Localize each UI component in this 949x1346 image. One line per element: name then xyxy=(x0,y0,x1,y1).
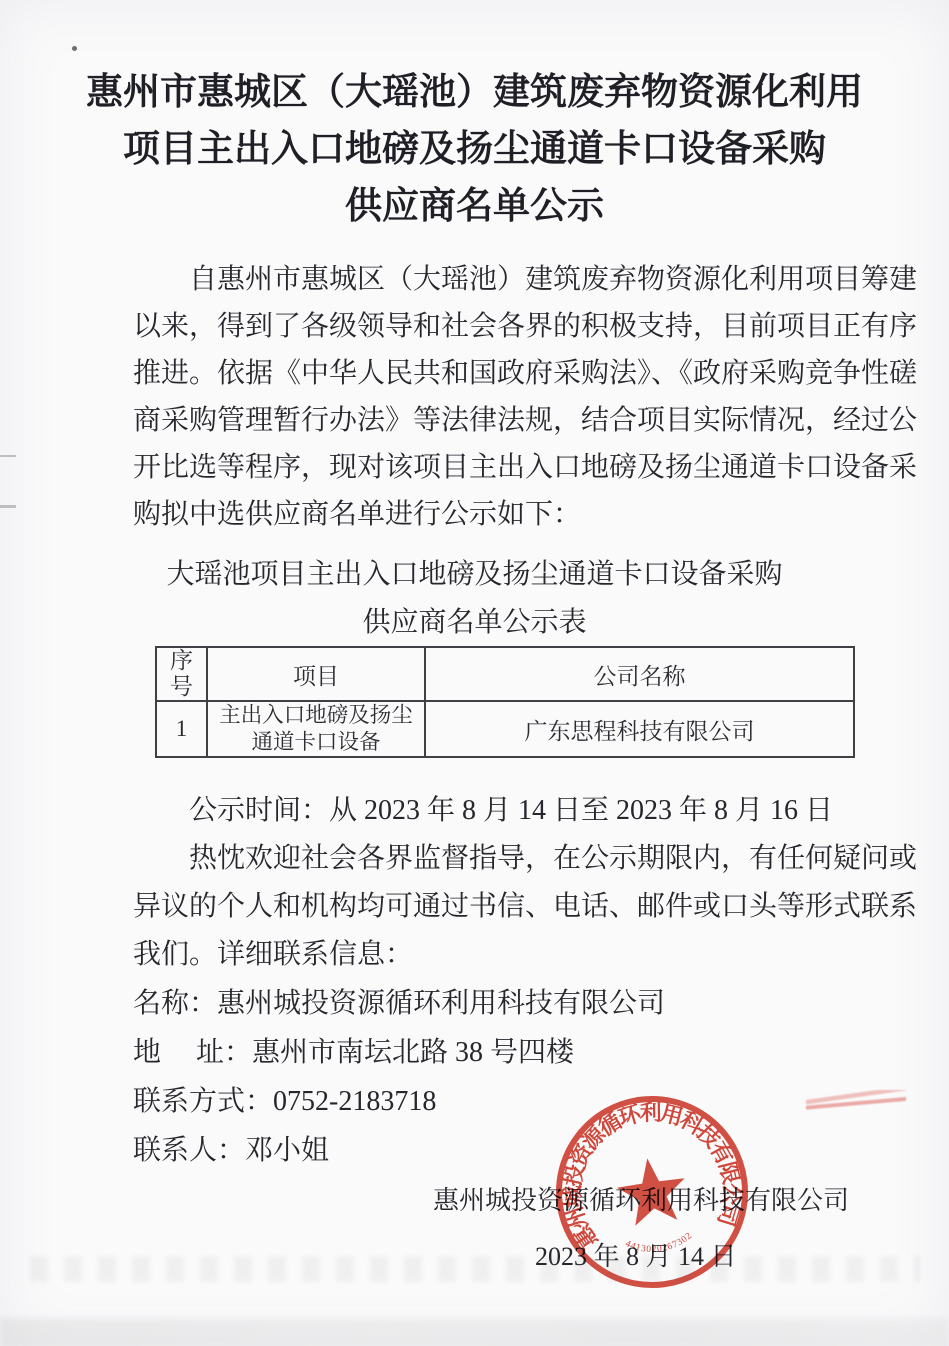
table-caption-line-2: 供应商名单公示表 xyxy=(0,599,949,647)
paragraph-line: 推进。依据《中华人民共和国政府采购法》、《政府采购竞争性磋 xyxy=(133,350,895,397)
paragraph-line: 以来，得到了各级领导和社会各界的积极支持，目前项目正有序 xyxy=(133,303,895,350)
publicity-period-line: 公示时间：从 2023 年 8 月 14 日至 2023 年 8 月 16 日 xyxy=(133,787,899,835)
title-line-1: 惠州市惠城区（大瑶池）建筑废弃物资源化利用 xyxy=(0,64,949,121)
scan-bottom-band xyxy=(0,1318,949,1346)
contact-info: 名称：惠州城投资源循环利用科技有限公司 地 址：惠州市南坛北路 38 号四楼 联… xyxy=(133,979,899,1175)
document-page: 惠州市惠城区（大瑶池）建筑废弃物资源化利用 项目主出入口地磅及扬尘通道卡口设备采… xyxy=(0,0,949,1346)
bleedthrough-ghost-text xyxy=(30,1256,920,1282)
cell-item: 主出入口地磅及扬尘通道卡口设备 xyxy=(207,701,425,757)
paragraph-line: 异议的个人和机构均可通过书信、电话、邮件或口头等形式联系 xyxy=(133,883,899,931)
table-caption: 大瑶池项目主出入口地磅及扬尘通道卡口设备采购 供应商名单公示表 xyxy=(0,551,949,647)
paragraph-line: 商采购管理暂行办法》等法律法规，结合项目实际情况，经过公 xyxy=(133,397,895,444)
cell-seq: 1 xyxy=(156,701,207,757)
title-line-3: 供应商名单公示 xyxy=(0,178,949,235)
cell-company: 广东思程科技有限公司 xyxy=(425,701,854,757)
svg-text:4413020267302: 4413020267302 xyxy=(622,1230,695,1259)
header-item: 项目 xyxy=(207,647,425,701)
scan-dot-artifact xyxy=(72,46,77,51)
seal-star-icon xyxy=(613,1154,690,1228)
paragraph-line: 开比选等程序，现对该项目主出入口地磅及扬尘通道卡口设备采 xyxy=(133,444,895,491)
intro-paragraph: 自惠州市惠城区（大瑶池）建筑废弃物资源化利用项目筹建 以来，得到了各级领导和社会… xyxy=(133,256,895,538)
seal-code-text: 4413020267302 xyxy=(622,1230,695,1259)
paragraph-line: 购拟中选供应商名单进行公示如下： xyxy=(133,491,895,538)
contact-phone-line: 联系方式：0752-2183718 xyxy=(133,1077,899,1126)
paragraph-line: 自惠州市惠城区（大瑶池）建筑废弃物资源化利用项目筹建 xyxy=(133,256,895,303)
supplier-table: 序号 项目 公司名称 1 主出入口地磅及扬尘通道卡口设备 广东思程科技有限公司 xyxy=(155,646,855,758)
scan-edge-mark xyxy=(0,455,16,457)
table-row: 1 主出入口地磅及扬尘通道卡口设备 广东思程科技有限公司 xyxy=(156,701,854,757)
header-seq: 序号 xyxy=(156,647,207,701)
table-caption-line-1: 大瑶池项目主出入口地磅及扬尘通道卡口设备采购 xyxy=(0,551,949,599)
table-header-row: 序号 项目 公司名称 xyxy=(156,647,854,701)
title-line-2: 项目主出入口地磅及扬尘通道卡口设备采购 xyxy=(0,121,949,178)
paragraph-line: 热忱欢迎社会各界监督指导，在公示期限内，有任何疑问或 xyxy=(133,835,899,883)
paragraph-line: 我们。详细联系信息： xyxy=(133,931,899,979)
contact-person-line: 联系人：邓小姐 xyxy=(133,1126,899,1175)
company-seal-stamp: 惠州城投资源循环利用科技有限公司 4413020267302 xyxy=(539,1079,765,1305)
header-company: 公司名称 xyxy=(425,647,854,701)
contact-name-line: 名称：惠州城投资源循环利用科技有限公司 xyxy=(133,979,899,1028)
contact-address-line: 地 址：惠州市南坛北路 38 号四楼 xyxy=(133,1028,899,1077)
notice-paragraph: 公示时间：从 2023 年 8 月 14 日至 2023 年 8 月 16 日 … xyxy=(133,787,899,979)
document-title: 惠州市惠城区（大瑶池）建筑废弃物资源化利用 项目主出入口地磅及扬尘通道卡口设备采… xyxy=(0,64,949,235)
scan-edge-mark xyxy=(0,505,16,508)
